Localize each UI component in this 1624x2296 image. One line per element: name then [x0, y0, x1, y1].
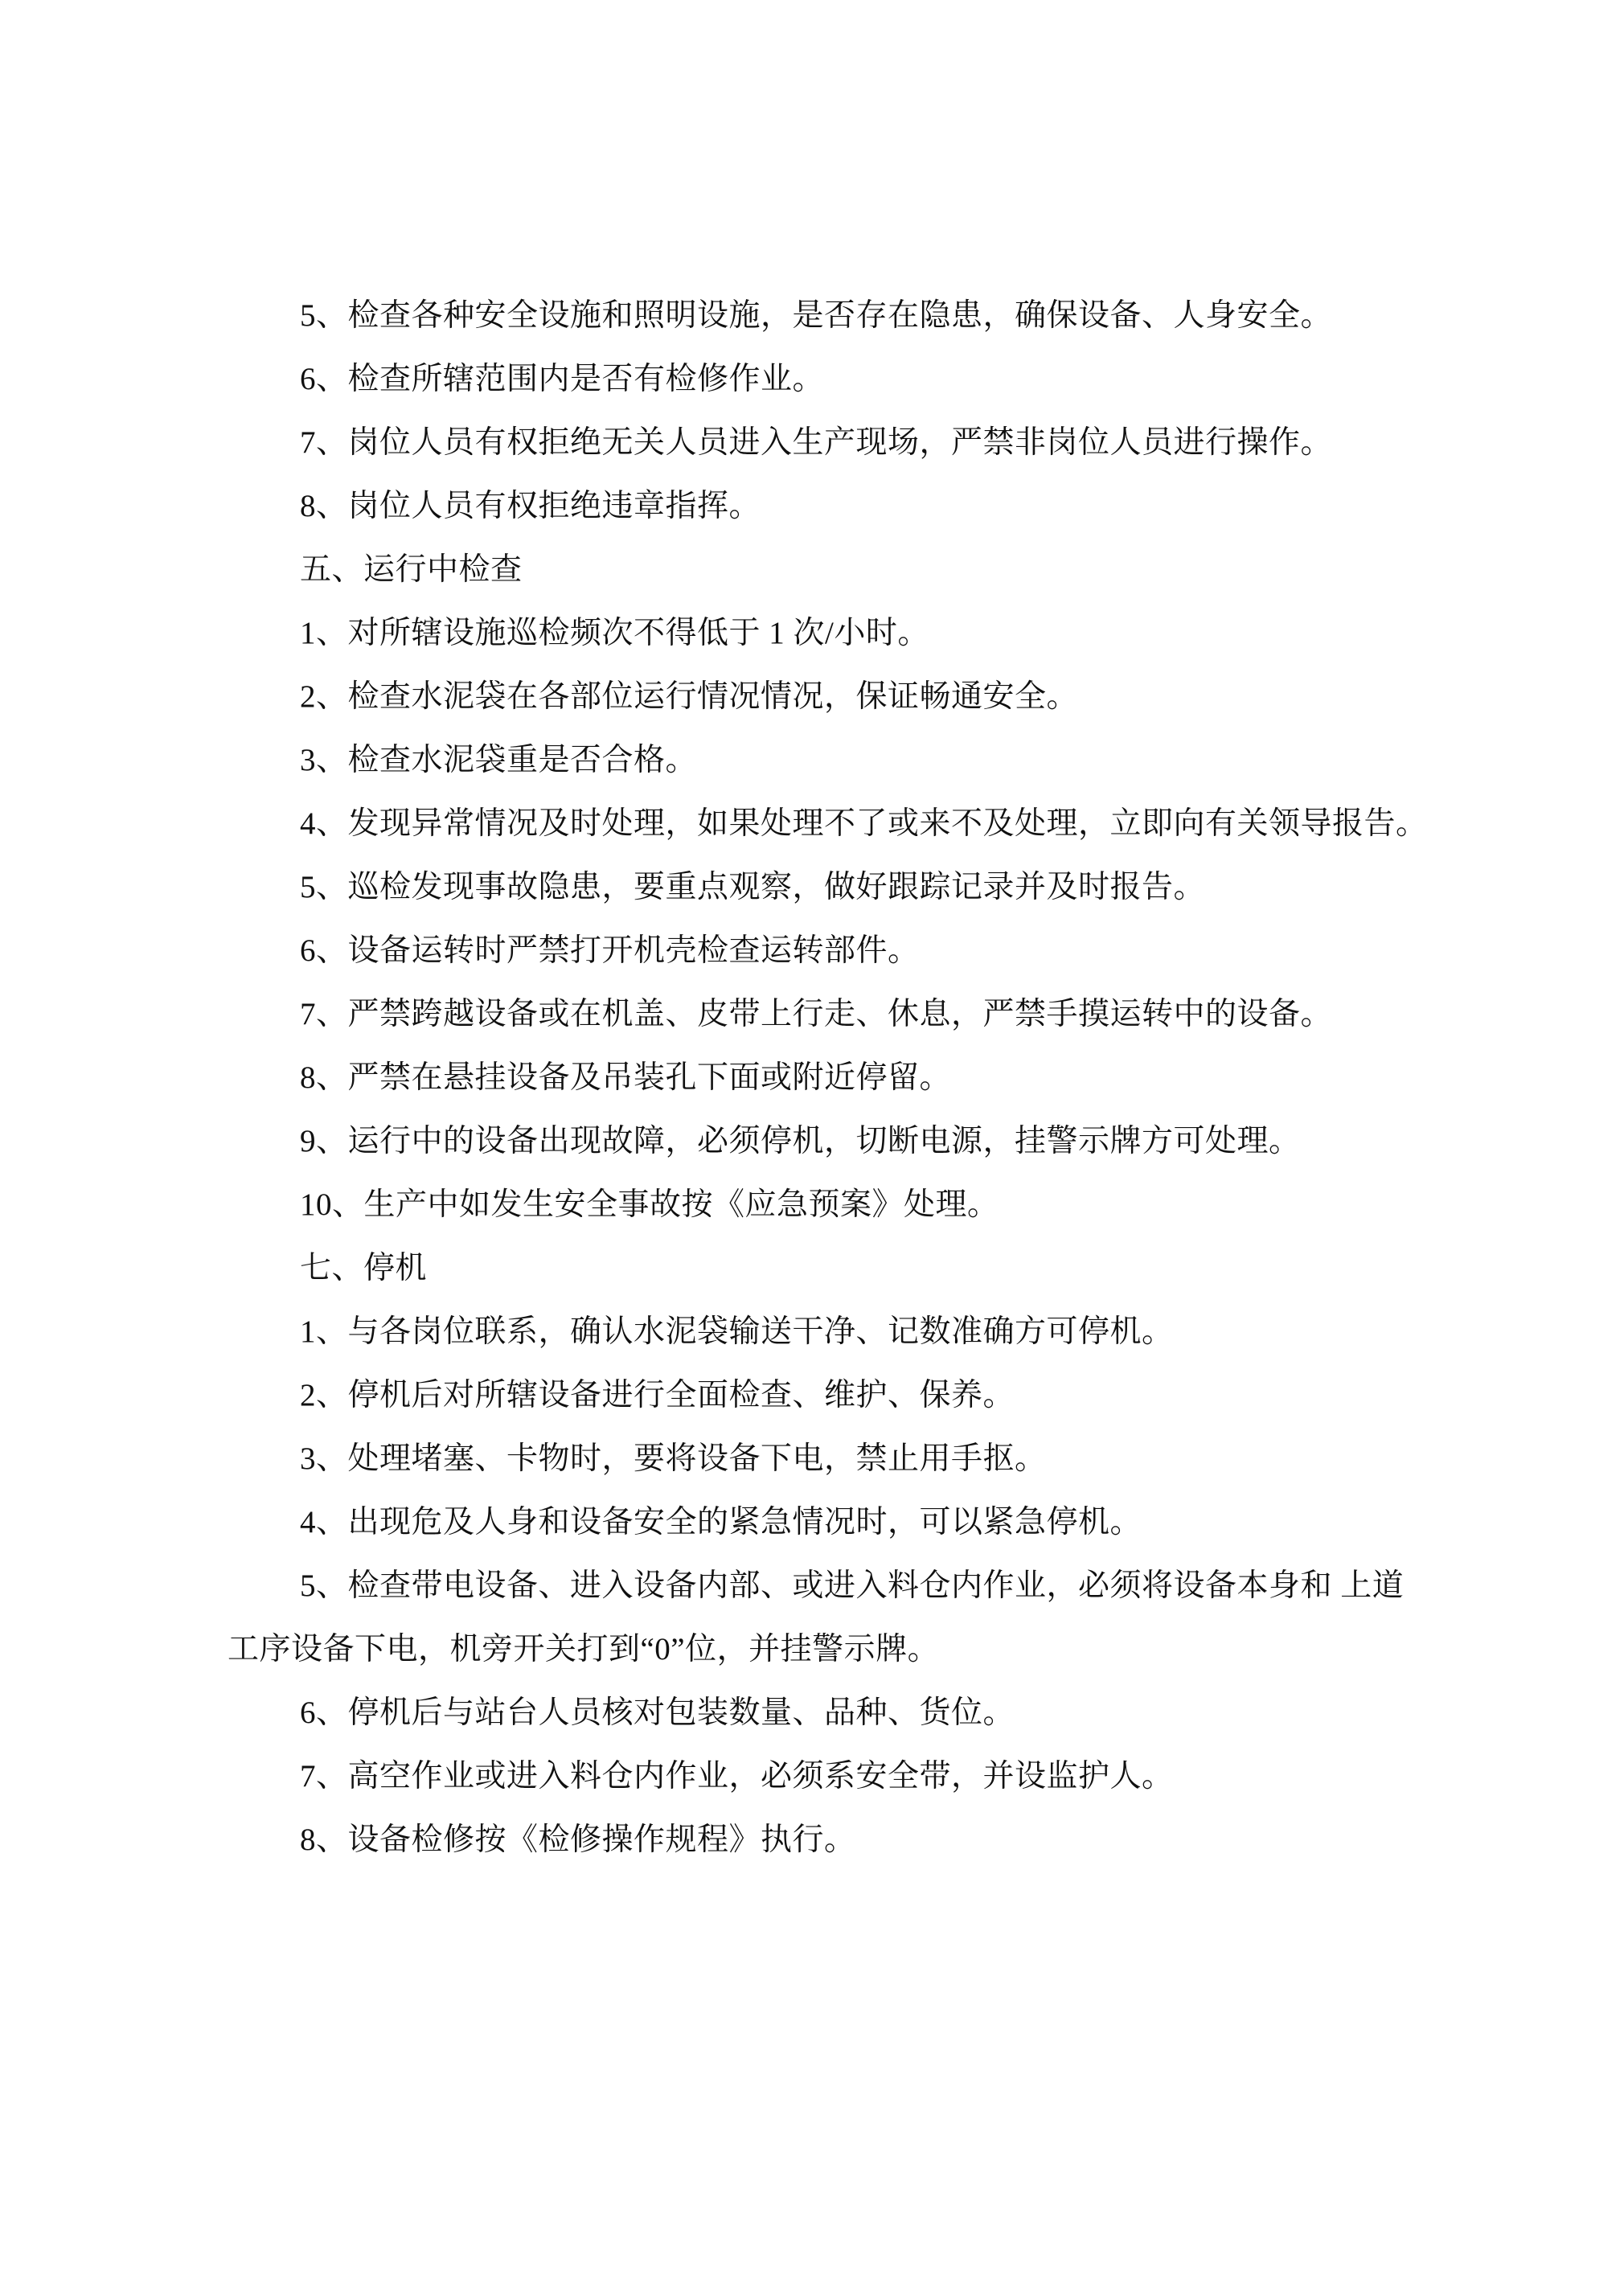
doc-line: 2、停机后对所辖设备进行全面检查、维护、保养。 [228, 1363, 1413, 1427]
doc-line: 9、运行中的设备出现故障，必须停机，切断电源，挂警示牌方可处理。 [228, 1109, 1413, 1173]
section-heading: 七、停机 [228, 1236, 1413, 1300]
doc-line: 6、检查所辖范围内是否有检修作业。 [228, 347, 1413, 411]
doc-line: 7、岗位人员有权拒绝无关人员进入生产现场，严禁非岗位人员进行操作。 [228, 411, 1413, 474]
doc-line: 4、出现危及人身和设备安全的紧急情况时，可以紧急停机。 [228, 1490, 1413, 1554]
doc-line: 4、发现异常情况及时处理，如果处理不了或来不及处理，立即向有关领导报告。 [228, 792, 1413, 855]
doc-line: 8、严禁在悬挂设备及吊装孔下面或附近停留。 [228, 1046, 1413, 1109]
procedure-document-body: 5、检查各种安全设施和照明设施，是否存在隐患，确保设备、人身安全。6、检查所辖范… [228, 284, 1413, 1872]
doc-line: 7、高空作业或进入料仓内作业，必须系安全带，并设监护人。 [228, 1745, 1413, 1808]
doc-line: 5、巡检发现事故隐患，要重点观察，做好跟踪记录并及时报告。 [228, 855, 1413, 919]
doc-line: 2、检查水泥袋在各部位运行情况情况，保证畅通安全。 [228, 665, 1413, 728]
document-page: 5、检查各种安全设施和照明设施，是否存在隐患，确保设备、人身安全。6、检查所辖范… [0, 0, 1624, 2296]
doc-line: 1、与各岗位联系，确认水泥袋输送干净、记数准确方可停机。 [228, 1300, 1413, 1363]
doc-line: 3、检查水泥袋重是否合格。 [228, 728, 1413, 792]
section-heading: 五、运行中检查 [228, 538, 1413, 601]
doc-line: 8、岗位人员有权拒绝违章指挥。 [228, 474, 1413, 538]
doc-line: 5、检查各种安全设施和照明设施，是否存在隐患，确保设备、人身安全。 [228, 284, 1413, 347]
doc-line: 1、对所辖设施巡检频次不得低于 1 次/小时。 [228, 601, 1413, 665]
doc-line: 6、设备运转时严禁打开机壳检查运转部件。 [228, 919, 1413, 982]
doc-line: 5、检查带电设备、进入设备内部、或进入料仓内作业，必须将设备本身和 上道 [228, 1554, 1413, 1617]
doc-line: 3、处理堵塞、卡物时，要将设备下电，禁止用手抠。 [228, 1427, 1413, 1490]
doc-line: 10、生产中如发生安全事故按《应急预案》处理。 [228, 1173, 1413, 1236]
doc-line: 8、设备检修按《检修操作规程》执行。 [228, 1808, 1413, 1872]
doc-line: 7、严禁跨越设备或在机盖、皮带上行走、休息，严禁手摸运转中的设备。 [228, 982, 1413, 1046]
doc-line: 6、停机后与站台人员核对包装数量、品种、货位。 [228, 1681, 1413, 1745]
doc-line: 工序设备下电，机旁开关打到“0”位，并挂警示牌。 [228, 1617, 1413, 1681]
